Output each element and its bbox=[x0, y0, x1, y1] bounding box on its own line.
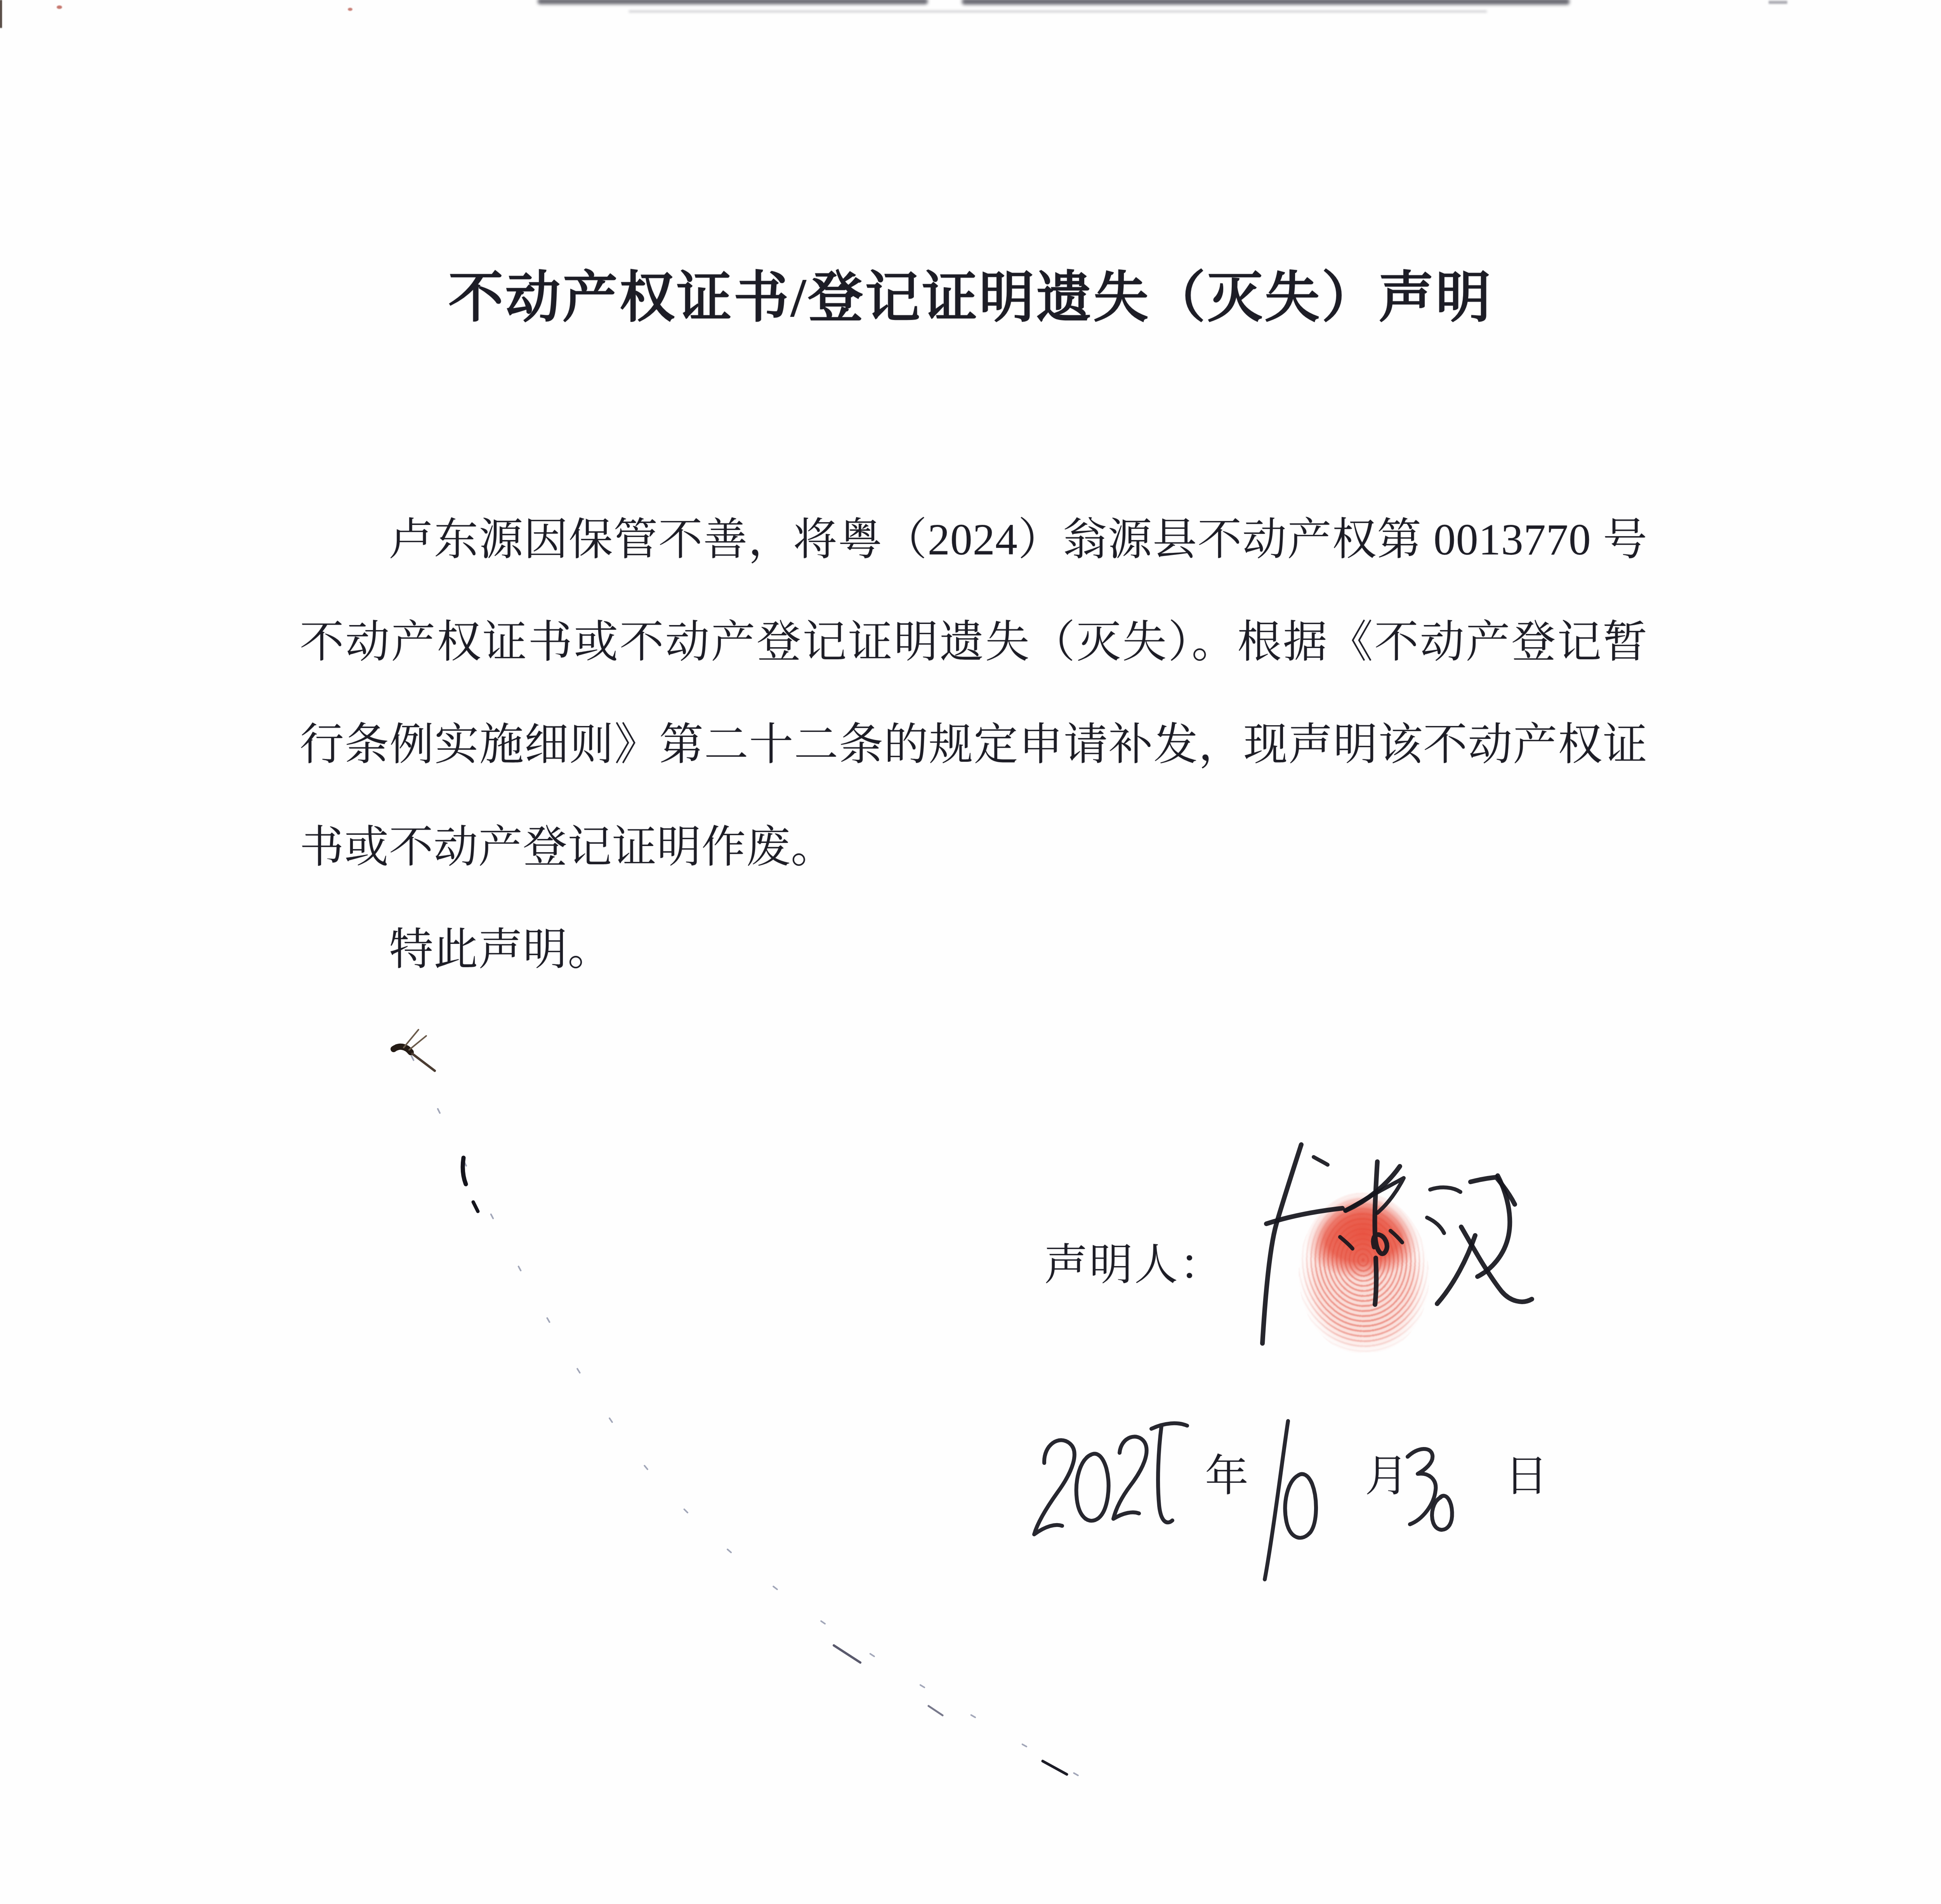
scan-scratch-dash bbox=[929, 1706, 943, 1715]
scan-scratch-dash bbox=[834, 1645, 860, 1663]
date-month-unit: 月 bbox=[1365, 1441, 1408, 1504]
scan-scratch-blob bbox=[394, 1047, 411, 1052]
body-line: 行条例实施细则》第二十二条的规定申请补发，现声明该不动产权证 bbox=[300, 693, 1648, 796]
handwritten-month bbox=[1265, 1421, 1316, 1579]
scan-edge-mark bbox=[0, 0, 2, 28]
scan-edge-band bbox=[538, 0, 928, 4]
body-paragraph: 卢东源因保管不善，将粤（2024）翁源县不动产权第 0013770 号 不动产权… bbox=[300, 488, 1648, 1001]
scan-scratch-whisker bbox=[409, 1036, 426, 1050]
scan-scratch-dash bbox=[463, 1158, 466, 1184]
scan-scratch-dash bbox=[473, 1202, 478, 1211]
scan-scratch-arc bbox=[411, 1056, 1083, 1778]
scan-edge-band bbox=[962, 0, 1569, 5]
handwritten-day bbox=[1408, 1449, 1452, 1530]
scan-scratch-dash bbox=[1043, 1761, 1067, 1774]
body-line: 书或不动产登记证明作废。 bbox=[300, 796, 1648, 898]
fingerprint-seal bbox=[1295, 1190, 1432, 1356]
document-title: 不动产权证书/登记证明遗失（灭失）声明 bbox=[0, 253, 1941, 332]
date-day-unit: 日 bbox=[1505, 1441, 1548, 1504]
scan-scratch-tail bbox=[412, 1054, 435, 1071]
body-line: 不动产权证书或不动产登记证明遗失（灭失）。根据《不动产登记暂 bbox=[300, 591, 1648, 693]
scan-edge-mark bbox=[1769, 1, 1787, 4]
scanned-declaration-page: 不动产权证书/登记证明遗失（灭失）声明 卢东源因保管不善，将粤（2024）翁源县… bbox=[0, 0, 1941, 1904]
scan-edge-shadow bbox=[629, 10, 1487, 12]
scan-speck bbox=[348, 8, 352, 11]
body-line: 卢东源因保管不善，将粤（2024）翁源县不动产权第 0013770 号 bbox=[300, 488, 1648, 591]
closing-line: 特此声明。 bbox=[300, 898, 1648, 1001]
date-year-unit: 年 bbox=[1205, 1441, 1248, 1504]
signer-label: 声明人： bbox=[1044, 1230, 1224, 1292]
scan-scratch-whisker bbox=[404, 1030, 418, 1048]
scan-speck bbox=[57, 5, 62, 9]
handwritten-year bbox=[1034, 1423, 1187, 1534]
